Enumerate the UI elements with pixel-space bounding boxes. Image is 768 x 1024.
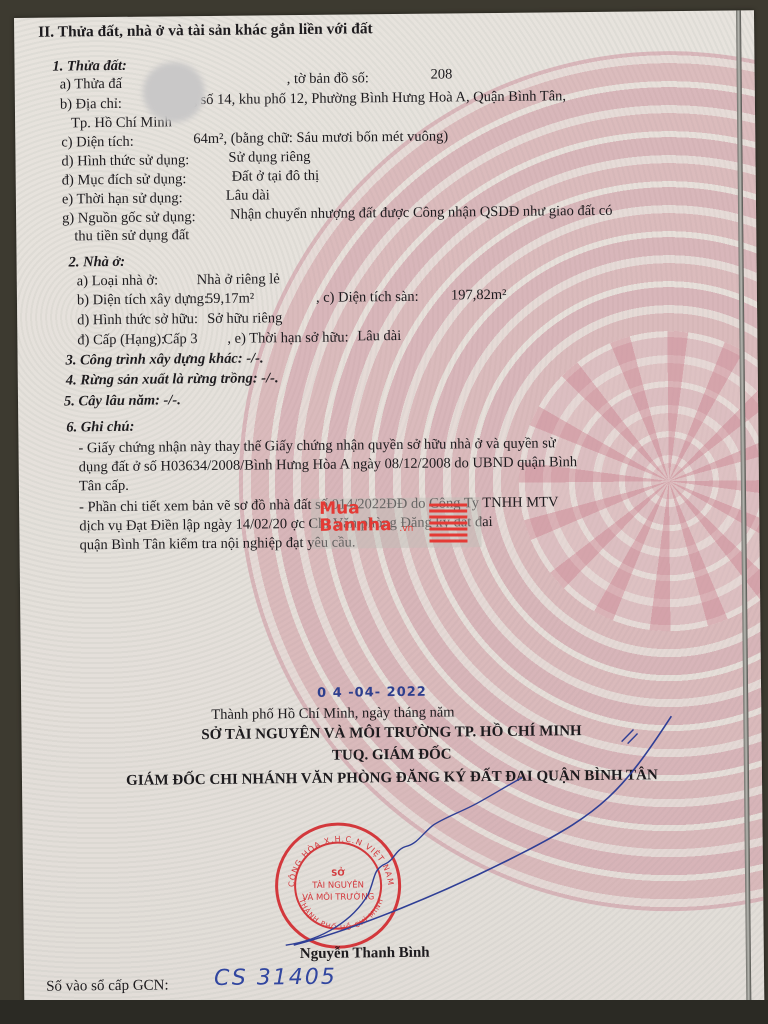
certificate-content: II. Thửa đất, nhà ở và tài sản khác gắn … (14, 10, 764, 1018)
house-grade-value: Cấp 3 (163, 330, 197, 348)
muabannha-watermark: Mua Bannha .vn (311, 497, 482, 549)
land-heading: 1. Thửa đất: (52, 57, 127, 76)
house-ownership-term-value: Lâu dài (357, 327, 401, 345)
production-forest: 4. Rừng sản xuất là rừng trồng: -/-. (66, 369, 279, 389)
land-use-term-label: e) Thời hạn sử dụng: (62, 189, 183, 208)
registry-number-label: Số vào sổ cấp GCN: (46, 976, 169, 995)
house-type-value: Nhà ở riêng lẻ (197, 270, 280, 289)
redacted-parcel-number (142, 62, 205, 123)
land-area-value: 64m², (bằng chữ: Sáu mươi bốn mét vuông) (193, 127, 448, 148)
land-address-value: ương số 14, khu phố 12, Phường Bình Hưng… (167, 87, 566, 109)
house-ownership-label: d) Hình thức sở hữu: (77, 310, 198, 329)
land-use-term-value: Lâu dài (226, 186, 270, 204)
house-grade-label: đ) Cấp (Hạng): (77, 330, 165, 349)
place-date-line: Thành phố Hồ Chí Minh, ngày tháng năm (211, 703, 454, 724)
seal-center: SỞ TÀI NGUYÊN VÀ MÔI TRƯỜNG (294, 841, 383, 930)
house-build-area-value: 59,17m² (206, 290, 254, 309)
seal-center-line-2: TÀI NGUYÊN (312, 879, 364, 892)
land-use-form-label: d) Hình thức sử dụng: (61, 151, 189, 170)
watermark-suffix: .vn (399, 524, 413, 534)
other-constructions: 3. Công trình xây dựng khác: -/-. (65, 349, 263, 369)
registry-number-value: CS 31405 (214, 969, 337, 988)
house-build-area-label: b) Diện tích xây dựng: (77, 290, 208, 309)
land-origin-value-cont: thu tiền sử dụng đất (74, 226, 189, 245)
perennial-trees: 5. Cây lâu năm: -/-. (64, 391, 181, 410)
land-address-label: b) Địa chỉ: (60, 95, 122, 114)
land-use-purpose-label: đ) Mục đích sử dụng: (62, 170, 187, 189)
stamped-date: 0 4 -04- 2022 (317, 684, 427, 703)
house-floor-area-label: , c) Diện tích sàn: (316, 288, 419, 307)
land-origin-value: Nhận chuyển nhượng đất được Công nhận QS… (230, 202, 613, 224)
land-origin-label: g) Nguồn gốc sử dụng: (62, 208, 196, 227)
house-type-label: a) Loại nhà ở: (77, 272, 159, 291)
land-use-purpose-value: Đất ở tại đô thị (232, 167, 320, 186)
land-use-form-value: Sử dụng riêng (228, 148, 310, 167)
official-red-seal: CỘNG HÒA X.H.C.N VIỆT NAM THÀNH PHỐ HỒ C… (274, 822, 401, 949)
house-floor-area-value: 197,82m² (451, 286, 507, 305)
house-ownership-value: Sở hữu riêng (207, 309, 282, 328)
signer-name: Nguyễn Thanh Bình (300, 944, 430, 963)
section-title: II. Thửa đất, nhà ở và tài sản khác gắn … (38, 20, 373, 42)
note-line-2: dụng đất ở số H03634/2008/Bình Hưng Hòa … (79, 453, 578, 476)
house-ownership-term-label: , e) Thời hạn sở hữu: (227, 329, 348, 348)
watermark-text: Mua Bannha (319, 500, 392, 535)
land-map-sheet-value: 208 (431, 65, 453, 83)
land-parcel-label: a) Thửa đấ (60, 75, 123, 94)
on-behalf-of-director: TUQ. GIÁM ĐỐC (22, 743, 765, 768)
land-area-label: c) Diện tích: (61, 133, 134, 152)
watermark-logo-icon (429, 503, 467, 543)
signer-title: GIÁM ĐỐC CHI NHÁNH VĂN PHÒNG ĐĂNG KÝ ĐẤT… (22, 766, 765, 791)
watermark-line-2: Bannha (319, 517, 391, 535)
note-line-3: Tân cấp. (79, 477, 129, 496)
notes-heading: 6. Ghi chú: (66, 418, 134, 437)
seal-center-line-1: SỞ (331, 868, 345, 880)
land-certificate-page: II. Thửa đất, nhà ở và tài sản khác gắn … (14, 10, 764, 1018)
seal-center-line-3: VÀ MÔI TRƯỜNG (302, 891, 374, 904)
background-surface (0, 1000, 768, 1024)
house-heading: 2. Nhà ở: (68, 253, 125, 272)
issuing-authority: SỞ TÀI NGUYÊN VÀ MÔI TRƯỜNG TP. HỒ CHÍ M… (21, 721, 764, 746)
land-map-sheet-label: , tờ bản đồ số: (287, 69, 369, 88)
